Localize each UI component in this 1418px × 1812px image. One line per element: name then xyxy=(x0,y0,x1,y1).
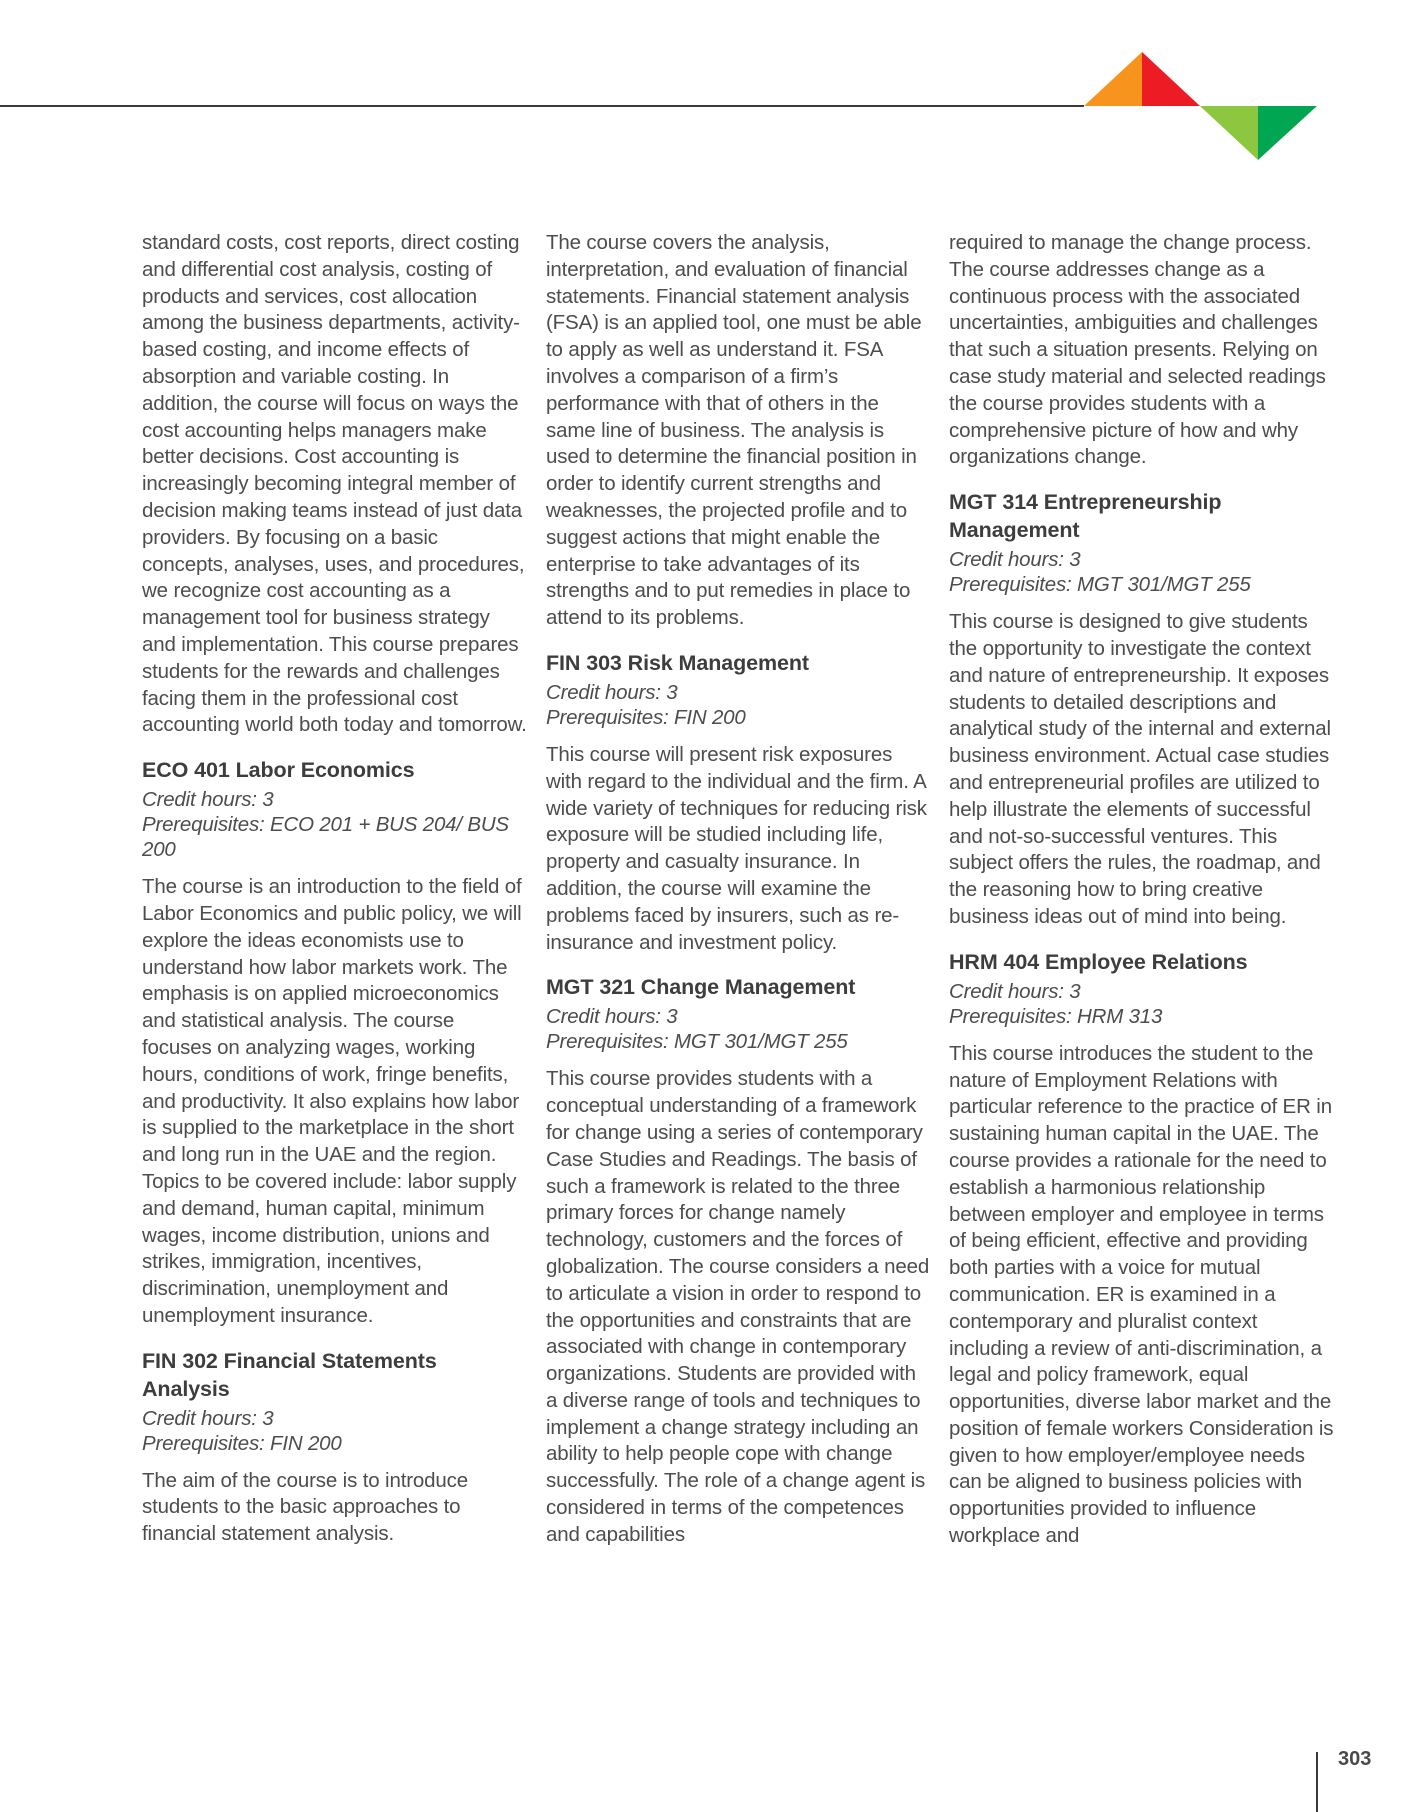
prerequisites: Prerequisites: ECO 201 + BUS 204/ BUS 20… xyxy=(142,812,528,862)
course-description: This course is designed to give students… xyxy=(949,609,1335,931)
course-title: HRM 404 Employee Relations xyxy=(949,948,1335,976)
course-title: ECO 401 Labor Economics xyxy=(142,756,528,784)
prerequisites: Prerequisites: FIN 200 xyxy=(546,705,932,730)
triangle-zigzag-logo-icon xyxy=(1080,48,1320,164)
course-title: FIN 302 Financial Statements Analysis xyxy=(142,1347,528,1403)
prerequisites: Prerequisites: MGT 301/MGT 255 xyxy=(949,572,1335,597)
course-meta: Credit hours: 3 Prerequisites: ECO 201 +… xyxy=(142,787,528,862)
course-meta: Credit hours: 3 Prerequisites: FIN 200 xyxy=(142,1406,528,1456)
column-2: The course covers the analysis, interpre… xyxy=(546,230,932,1549)
footer-divider xyxy=(1316,1752,1318,1812)
course-meta: Credit hours: 3 Prerequisites: MGT 301/M… xyxy=(949,547,1335,597)
course-title: MGT 321 Change Management xyxy=(546,973,932,1001)
course-mgt-321: MGT 321 Change Management Credit hours: … xyxy=(546,973,932,1548)
course-description: This course provides students with a con… xyxy=(546,1066,932,1548)
column-3: required to manage the change process. T… xyxy=(949,230,1335,1550)
credit-hours: Credit hours: 3 xyxy=(949,547,1335,572)
credit-hours: Credit hours: 3 xyxy=(142,1406,528,1431)
lead-paragraph: standard costs, cost reports, direct cos… xyxy=(142,230,528,739)
course-fin-303: FIN 303 Risk Management Credit hours: 3 … xyxy=(546,649,932,956)
lead-paragraph: required to manage the change process. T… xyxy=(949,230,1335,471)
lead-paragraph: The course covers the analysis, interpre… xyxy=(546,230,932,632)
course-title: FIN 303 Risk Management xyxy=(546,649,932,677)
course-eco-401: ECO 401 Labor Economics Credit hours: 3 … xyxy=(142,756,528,1330)
column-1: standard costs, cost reports, direct cos… xyxy=(142,230,528,1548)
course-title: MGT 314 Entrepreneurship Management xyxy=(949,488,1335,544)
course-meta: Credit hours: 3 Prerequisites: FIN 200 xyxy=(546,680,932,730)
header-rule xyxy=(0,105,1084,107)
course-description: This course introduces the student to th… xyxy=(949,1041,1335,1550)
course-meta: Credit hours: 3 Prerequisites: HRM 313 xyxy=(949,979,1335,1029)
credit-hours: Credit hours: 3 xyxy=(546,1004,932,1029)
course-meta: Credit hours: 3 Prerequisites: MGT 301/M… xyxy=(546,1004,932,1054)
course-description: The aim of the course is to introduce st… xyxy=(142,1468,528,1548)
prerequisites: Prerequisites: MGT 301/MGT 255 xyxy=(546,1029,932,1054)
course-mgt-314: MGT 314 Entrepreneurship Management Cred… xyxy=(949,488,1335,931)
prerequisites: Prerequisites: FIN 200 xyxy=(142,1431,528,1456)
credit-hours: Credit hours: 3 xyxy=(949,979,1335,1004)
course-hrm-404: HRM 404 Employee Relations Credit hours:… xyxy=(949,948,1335,1550)
course-fin-302: FIN 302 Financial Statements Analysis Cr… xyxy=(142,1347,528,1548)
credit-hours: Credit hours: 3 xyxy=(546,680,932,705)
credit-hours: Credit hours: 3 xyxy=(142,787,528,812)
page-number: 303 xyxy=(1338,1748,1371,1771)
course-description: The course is an introduction to the fie… xyxy=(142,874,528,1330)
course-description: This course will present risk exposures … xyxy=(546,742,932,956)
prerequisites: Prerequisites: HRM 313 xyxy=(949,1004,1335,1029)
